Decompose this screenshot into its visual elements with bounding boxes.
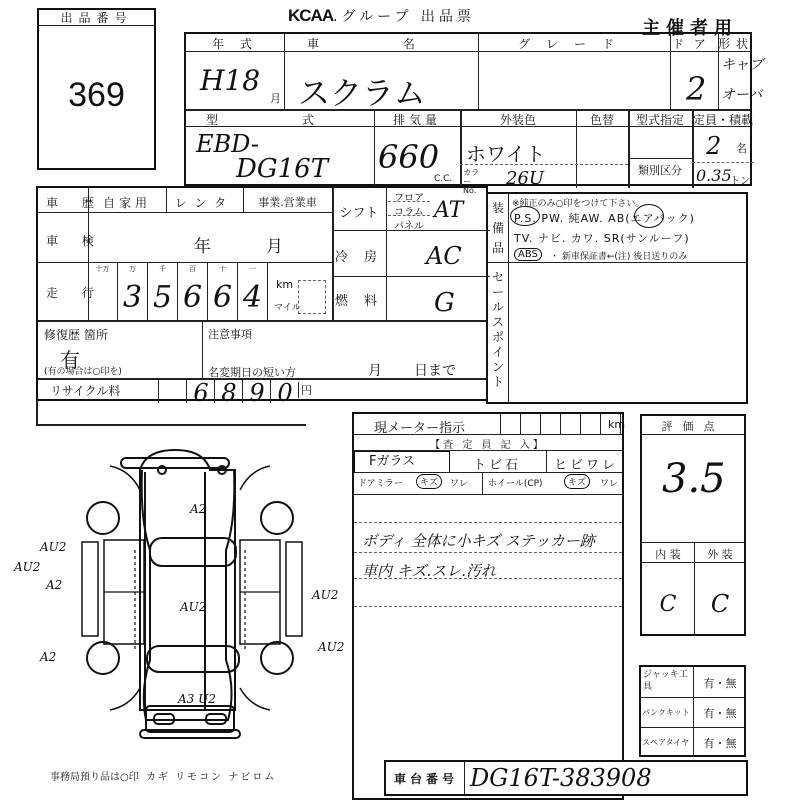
mileage-digit-value: 5 (148, 280, 177, 315)
displacement-label: 排気量 (374, 111, 460, 128)
shift-label: シフト (332, 202, 386, 221)
damage-mark: A2 (40, 650, 56, 664)
shape-value-2: オーバ (721, 84, 762, 104)
mileage-digit-cell: 一4 (238, 262, 268, 320)
name-change-month: 月 (368, 360, 382, 380)
mileage-digit-cell: 千5 (148, 262, 178, 320)
recycle-digit: 8 (214, 379, 243, 403)
year-month-suffix: 月 (270, 90, 281, 106)
damage-mark: AU2 (40, 540, 66, 554)
mirror-label: ドアミラー (358, 476, 403, 489)
lot-number: 369 (39, 76, 154, 115)
history-option-private[interactable]: 自家用 (88, 194, 166, 211)
capacity-label: 定員・積載 (692, 111, 754, 128)
damage-mark: A3 U2 (178, 692, 216, 706)
inspection-label: 車 検 (46, 232, 104, 249)
repair-label: 修復歴 箇所 (44, 326, 108, 343)
recycle-label: リサイクル料 (50, 382, 120, 399)
repair-note: (有の場合は○印を) (44, 364, 122, 377)
wheel-scratch[interactable]: キズ (564, 474, 590, 489)
accessories-table: ジャッキ工具 有・無 パンクキット 有・無 スペアタイヤ 有・無 (639, 665, 746, 757)
recycle-digit: 6 (186, 379, 215, 403)
name-change-label: 名変期日の短い方 (208, 364, 296, 380)
score-value: 3.5 (662, 456, 726, 502)
equipment-label: 装備品 (492, 198, 504, 258)
door-label: ドア (670, 35, 718, 52)
mileage-digit-header: 百 (178, 264, 207, 274)
inspector-section-label: 【査 定 員 記 入】 (354, 436, 622, 451)
mileage-digit-header: 万 (118, 264, 147, 274)
history-table: 車 歴 自家用 レンタ 事業.営業車 車 検 年 月 走 行 十万万3千5百6十… (36, 186, 488, 401)
mileage-digit-header: 十万 (88, 264, 117, 274)
model-label: 型 式 (186, 111, 374, 128)
type-designation-label: 型式指定 (628, 111, 692, 128)
sheet-title: KCAA.グループ 出品票 (288, 6, 475, 26)
mileage-unit-km: km (276, 278, 293, 291)
office-items-label: 事務局預り品は○印 (50, 768, 139, 783)
mileage-digit-value: 4 (238, 280, 267, 315)
accessory-label-jack: ジャッキ工具 (643, 669, 693, 693)
color-label: 外装色 (460, 111, 576, 128)
glass-crack[interactable]: ヒビワレ (546, 454, 626, 473)
shift-option-panel[interactable]: パネル (394, 217, 424, 232)
equipment-abs[interactable]: ABS (514, 248, 542, 261)
mirror-crack[interactable]: ワレ (450, 476, 468, 489)
glass-chip[interactable]: トビ石 (450, 454, 544, 473)
inspection-year-unit: 年 (194, 232, 211, 257)
color-no-value: 26U (506, 168, 544, 189)
interior-label: 内 装 (642, 546, 694, 562)
mileage-unit-check[interactable] (298, 280, 326, 314)
fuel-label: 燃 料 (332, 290, 386, 309)
capacity-persons: 2 (706, 132, 721, 160)
meter-digit-cell (560, 414, 561, 434)
office-items: カギ リモコン ナビロム (146, 768, 276, 783)
lot-number-label: 出品番号 (39, 10, 154, 26)
chassis-value: DG16T-383908 (470, 764, 652, 792)
exterior-label: 外 装 (694, 546, 746, 562)
chassis-number-box: 車台番号 DG16T-383908 (384, 760, 748, 796)
meter-digit-cell (540, 414, 541, 434)
inspector-note-1: ボディ 全体に小キズ ステッカー跡 (362, 530, 595, 551)
interior-value: C (642, 592, 694, 617)
vehicle-table: 年 式 車 名 グレード ドア 形状 H18 月 スクラム 2 キャブ オーバ … (184, 32, 752, 186)
damage-mark: A2 (190, 502, 206, 516)
mileage-digit-value: 6 (208, 280, 237, 315)
color-change-label: 色替 (576, 111, 628, 128)
sheet-title-text: .グループ 出品票 (333, 9, 475, 25)
mileage-digit-cell: 百6 (178, 262, 208, 320)
accessory-label-puncture-kit: パンクキット (642, 707, 694, 718)
car-name-value: スクラム (298, 68, 426, 114)
equipment-ab-circle (634, 204, 664, 228)
accessory-label-spare-tire: スペアタイヤ (642, 737, 694, 748)
history-option-business[interactable]: 事業.営業車 (243, 194, 332, 210)
fuel-value: G (434, 288, 455, 318)
equipment-row-3: ・ 新車保証書←(注) 後日送りのみ (550, 249, 687, 262)
mirror-scratch[interactable]: キズ (416, 474, 442, 489)
recycle-digit: 9 (242, 379, 271, 403)
meter-unit: km (608, 418, 625, 431)
damage-mark: AU2 (318, 640, 344, 654)
equipment-box: 装備品 ※純正のみ○印をつけて下さい。 P.S. PW. 純AW. AB(エアバ… (486, 192, 748, 404)
score-label: 評価点 (642, 418, 744, 434)
car-name-label: 車 名 (284, 35, 478, 52)
capacity-load: 0.35 (696, 166, 732, 185)
mileage-digit-cell: 万3 (118, 262, 148, 320)
history-option-rental[interactable]: レンタ (166, 194, 243, 211)
lot-number-box: 出品番号 369 (37, 8, 156, 170)
recycle-digit (158, 379, 187, 403)
damage-mark: AU2 (312, 588, 338, 602)
year-value: H18 (200, 64, 260, 97)
grade-label: グレード (478, 35, 670, 52)
shape-value-1: キャブ (721, 54, 763, 74)
year-label: 年 式 (186, 35, 284, 52)
damage-mark: AU2 (14, 560, 40, 574)
category-label: 類別区分 (628, 162, 692, 178)
door-value: 2 (686, 70, 706, 108)
wheel-label: ホイール(CP) (488, 476, 543, 489)
accessory-value-puncture-kit[interactable]: 有・無 (693, 705, 747, 721)
exterior-value: C (694, 590, 746, 618)
capacity-load-unit: トン (730, 172, 750, 187)
meter-digit-cell (580, 414, 581, 434)
mileage-unit-mile: マイル (274, 300, 301, 313)
mileage-digit-header: 一 (238, 264, 267, 274)
damage-mark: AU2 (180, 600, 206, 614)
mileage-digit-value: 3 (118, 280, 147, 315)
chassis-label: 車台番号 (394, 770, 458, 787)
ac-value: AC (426, 242, 462, 270)
glass-label: Fガラス (354, 451, 450, 473)
accessory-value-jack[interactable]: 有・無 (693, 675, 747, 691)
mileage-digit-header: 十 (208, 264, 237, 274)
inspector-note-2: 車内 キズ.スレ.汚れ (362, 560, 496, 581)
meter-digit-cell (600, 414, 601, 434)
displacement-value: 660 (378, 138, 439, 176)
accessory-value-spare-tire[interactable]: 有・無 (693, 735, 747, 751)
mileage-digit-header: 千 (148, 264, 177, 274)
meter-digit-cell (500, 414, 501, 434)
score-box: 評価点 3.5 内 装 外 装 C C (640, 414, 746, 636)
model-value-2: DG16T (236, 154, 328, 184)
ac-label: 冷 房 (332, 246, 386, 265)
color-value: ホワイト (466, 138, 545, 167)
shift-value: AT (434, 198, 463, 223)
caution-label: 注意事項 (208, 326, 252, 342)
brand-logo: KCAA (288, 6, 333, 25)
wheel-crack[interactable]: ワレ (600, 476, 618, 489)
inspection-month-unit: 月 (266, 232, 283, 257)
inspector-box: 現メーター指示 km 【査 定 員 記 入】 Fガラス トビ石 ヒビワレ ドアミ… (352, 412, 624, 800)
equipment-row-2: TV. ナビ. カワ. SR(サンルーフ) (514, 230, 690, 246)
damage-mark: A2 (46, 578, 62, 592)
recycle-digit: 0 (270, 379, 299, 403)
name-change-day: 日まで (414, 360, 456, 380)
shape-label: 形状 (718, 35, 754, 52)
meter-digit-cell (520, 414, 521, 434)
mileage-digit-cell: 十6 (208, 262, 238, 320)
sales-point-label: セールスポイント (492, 270, 504, 390)
capacity-persons-unit: 名 (736, 140, 747, 156)
mileage-digit-cell: 十万 (88, 262, 118, 320)
equipment-ps-circle (510, 206, 540, 226)
equipment-row-1: P.S. PW. 純AW. AB(エアバック) (514, 210, 695, 226)
recycle-unit: 円 (298, 382, 312, 398)
displacement-unit: C.C. (434, 174, 452, 184)
mileage-digit-value: 6 (178, 280, 207, 315)
